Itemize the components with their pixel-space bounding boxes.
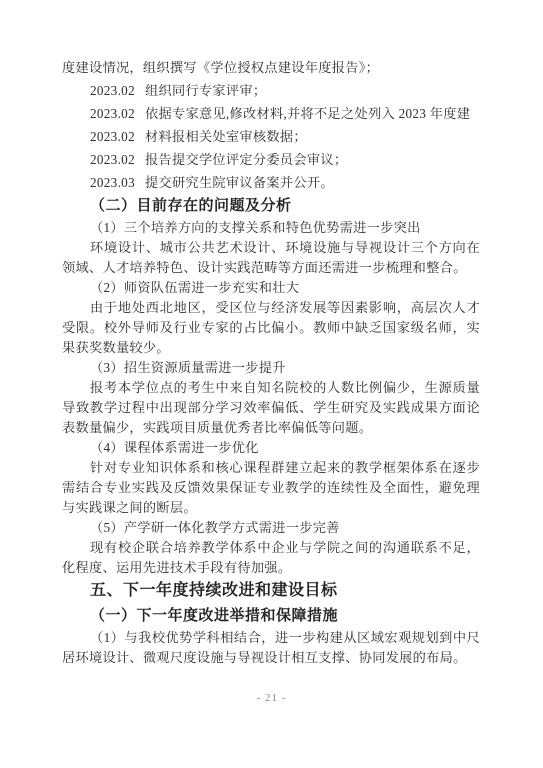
line-text: 针对专业知识体系和核心课程群建立起来的教学框架体系在逐步调整， bbox=[90, 460, 480, 478]
line-text: 提交研究生院审议备案并公开。 bbox=[145, 175, 334, 190]
line-text: 受限。校外导师及行业专家的占比偏小。教师中缺乏国家级名师，实践成 bbox=[62, 320, 480, 338]
line-text: （3）招生资源质量需进一步提升 bbox=[90, 360, 286, 375]
text-line: 导致教学过程中出现部分学习效率偏低、学生研究及实践成果方面论文发 bbox=[62, 398, 480, 418]
document-body: 度建设情况，组织撰写《学位授权点建设年度报告》；2023.02组织同行专家评审；… bbox=[62, 57, 480, 668]
text-line: 受限。校外导师及行业专家的占比偏小。教师中缺乏国家级名师，实践成 bbox=[62, 318, 480, 338]
line-text: （1）三个培养方向的支撑关系和特色优势需进一步突出 bbox=[90, 220, 421, 235]
page-number: - 21 - bbox=[0, 692, 543, 704]
text-line: 表数量偏少，实践项目质量优秀者比率偏低等问题。 bbox=[62, 418, 480, 438]
text-line: 领域、人才培养特色、设计实践范畴等方面还需进一步梳理和整合。 bbox=[62, 258, 480, 278]
text-line: 度建设情况，组织撰写《学位授权点建设年度报告》； bbox=[62, 57, 480, 79]
line-text: 现有校企联合培养教学体系中企业与学院之间的沟通联系不足，国际 bbox=[90, 540, 480, 558]
line-text: （4）课程体系需进一步优化 bbox=[90, 440, 259, 455]
line-text: （5）产学研一体化教学方式需进一步完善 bbox=[90, 520, 340, 535]
timeline-entry: 2023.02材料报相关处室审核数据； bbox=[62, 125, 480, 148]
line-text: 由于地处西北地区，受区位与经济发展等因素影响，高层次人才引进 bbox=[90, 300, 480, 318]
line-text: （1）与我校优势学科相结合，进一步构建从区域宏观规划到中尺度人 bbox=[90, 630, 480, 648]
timeline-entry: 2023.02报告提交学位评定分委员会审议； bbox=[62, 148, 480, 171]
date-label: 2023.02 bbox=[90, 125, 145, 148]
line-text: （二）目前存在的问题及分析 bbox=[90, 198, 292, 214]
text-line: 化程度、运用先进技术手段有待加强。 bbox=[62, 558, 480, 578]
text-line: （4）课程体系需进一步优化 bbox=[62, 438, 480, 458]
text-line: 现有校企联合培养教学体系中企业与学院之间的沟通联系不足，国际 bbox=[62, 538, 480, 558]
line-text: 导致教学过程中出现部分学习效率偏低、学生研究及实践成果方面论文发 bbox=[62, 400, 480, 418]
text-line: （5）产学研一体化教学方式需进一步完善 bbox=[62, 518, 480, 538]
text-line: （1）与我校优势学科相结合，进一步构建从区域宏观规划到中尺度人 bbox=[62, 628, 480, 648]
line-text: 居环境设计、微观尺度设施与导视设计相互支撑、协同发展的布局。 bbox=[62, 650, 467, 665]
line-text: 与实践课之间的断层。 bbox=[62, 500, 197, 515]
text-line: 果获奖数量较少。 bbox=[62, 338, 480, 358]
timeline-entry: 2023.03提交研究生院审议备案并公开。 bbox=[62, 171, 480, 194]
text-line: （3）招生资源质量需进一步提升 bbox=[62, 358, 480, 378]
text-line: 需结合专业实践及反馈效果保证专业教学的连续性及全面性，避免理论课 bbox=[62, 478, 480, 498]
section-heading: （二）目前存在的问题及分析 bbox=[62, 194, 480, 218]
date-label: 2023.02 bbox=[90, 79, 145, 102]
line-text: 表数量偏少，实践项目质量优秀者比率偏低等问题。 bbox=[62, 420, 372, 435]
line-text: 报考本学位点的考生中来自知名院校的人数比例偏少，生源质量偏低 bbox=[90, 380, 480, 398]
date-label: 2023.03 bbox=[90, 171, 145, 194]
line-text: 五、下一年度持续改进和建设目标 bbox=[90, 582, 338, 599]
document-page: 度建设情况，组织撰写《学位授权点建设年度报告》；2023.02组织同行专家评审；… bbox=[0, 0, 543, 768]
line-text: 环境设计、城市公共艺术设计、环境设施与导视设计三个方向在研究 bbox=[90, 240, 480, 258]
line-text: （一）下一年度改进举措和保障措施 bbox=[90, 608, 338, 624]
section-heading: 五、下一年度持续改进和建设目标 bbox=[62, 578, 480, 604]
text-line: 针对专业知识体系和核心课程群建立起来的教学框架体系在逐步调整， bbox=[62, 458, 480, 478]
line-text: 需结合专业实践及反馈效果保证专业教学的连续性及全面性，避免理论课 bbox=[62, 480, 480, 498]
line-text: （2）师资队伍需进一步充实和壮大 bbox=[90, 280, 299, 295]
line-text: 依据专家意见,修改材料,并将不足之处列入 2023 年度建设规划； bbox=[90, 106, 470, 125]
text-line: 由于地处西北地区，受区位与经济发展等因素影响，高层次人才引进 bbox=[62, 298, 480, 318]
line-text: 材料报相关处室审核数据； bbox=[145, 129, 307, 144]
line-text: 果获奖数量较少。 bbox=[62, 340, 170, 355]
text-line: （1）三个培养方向的支撑关系和特色优势需进一步突出 bbox=[62, 218, 480, 238]
text-line: 与实践课之间的断层。 bbox=[62, 498, 480, 518]
timeline-entry: 2023.02依据专家意见,修改材料,并将不足之处列入 2023 年度建设规划； bbox=[62, 102, 480, 125]
date-label: 2023.02 bbox=[90, 148, 145, 171]
date-label: 2023.02 bbox=[90, 102, 145, 125]
text-line: 环境设计、城市公共艺术设计、环境设施与导视设计三个方向在研究 bbox=[62, 238, 480, 258]
timeline-entry: 2023.02组织同行专家评审； bbox=[62, 79, 480, 102]
line-text: 化程度、运用先进技术手段有待加强。 bbox=[62, 560, 291, 575]
line-text: 领域、人才培养特色、设计实践范畴等方面还需进一步梳理和整合。 bbox=[62, 260, 467, 275]
line-text: 组织同行专家评审； bbox=[145, 83, 266, 98]
line-text: 度建设情况，组织撰写《学位授权点建设年度报告》； bbox=[62, 60, 379, 75]
text-line: 居环境设计、微观尺度设施与导视设计相互支撑、协同发展的布局。 bbox=[62, 648, 480, 668]
text-line: 报考本学位点的考生中来自知名院校的人数比例偏少，生源质量偏低 bbox=[62, 378, 480, 398]
line-text: 报告提交学位评定分委员会审议； bbox=[145, 152, 347, 167]
text-line: （2）师资队伍需进一步充实和壮大 bbox=[62, 278, 480, 298]
section-heading: （一）下一年度改进举措和保障措施 bbox=[62, 604, 480, 628]
